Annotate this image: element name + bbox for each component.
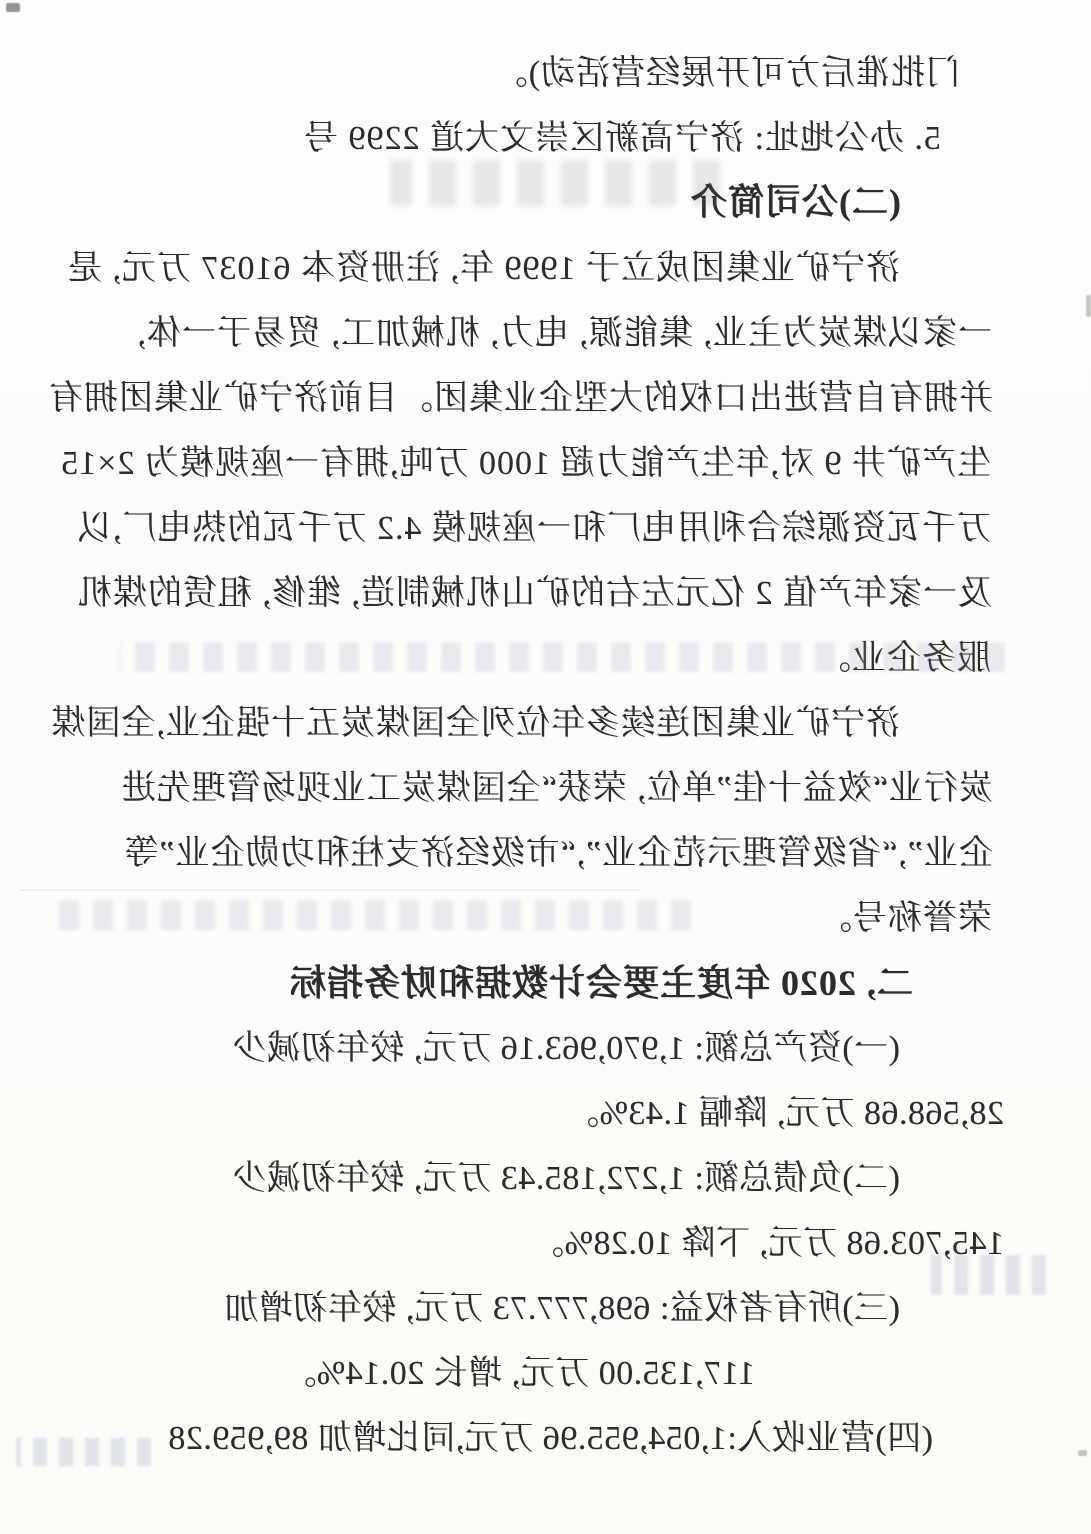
profile-paragraph1-line: 及一家年产值 2 亿元左右的矿山机械制造, 维修, 租赁的煤机 [77, 572, 992, 616]
scan-speck [1078, 1450, 1087, 1456]
scanned-page-viewport: 门批准后方可开展经营活动)。 5. 办公地址: 济宁高新区崇文大道 2299 号… [0, 0, 1091, 1534]
profile-paragraph2-line: 炭行业“效益十佳”单位, 荣获“全国煤炭工业现场管理先进 [121, 767, 993, 811]
profile-paragraph1-line: 生产矿井 9 对,年生产能力超 1000 万吨,拥有一座规模为 2×15 [60, 442, 991, 486]
bleedthrough-ghost-title [390, 160, 720, 206]
office-address-item: 5. 办公地址: 济宁高新区崇文大道 2299 号 [303, 117, 941, 161]
bleedthrough-ghost-blob [16, 1438, 151, 1466]
financial-item-assets-line1: (一)资产总额: 1,970,963.16 万元, 较年初减少 [232, 1027, 900, 1071]
bleedthrough-ghost-row [51, 900, 691, 930]
financial-item-liabilities-line1: (二)负债总额: 1,272,185.43 万元, 较年初减少 [232, 1157, 900, 1201]
profile-paragraph1-line: 服务企业。 [816, 637, 991, 681]
company-profile-heading: (二)公司简介 [690, 180, 901, 224]
financial-section-heading: 二, 2020 年度主要会计数据和财务指标 [289, 961, 913, 1005]
profile-paragraph1-line: 济宁矿业集团成立于 1999 年, 注册资本 61037 万元, 是 [67, 247, 900, 291]
profile-paragraph1-line: 一家以煤炭为主业, 集能源, 电力, 机械加工, 贸易于一体, [137, 312, 993, 356]
profile-paragraph2-line: 济宁矿业集团连续多年位列全国煤炭五十强企业,全国煤 [51, 702, 901, 746]
financial-item-revenue-line1: (四)营业收入:1,054,955.96 万元,同比增加 89,959.28 [168, 1417, 933, 1461]
profile-paragraph2-line: 荣誉称号。 [817, 897, 992, 941]
profile-paragraph1-line: 并拥有自营进出口权的大型企业集团。目前济宁矿业集团拥有 [48, 377, 993, 421]
financial-item-equity-line1: (三)所有者权益: 698,777.73 万元, 较年初增加 [224, 1287, 900, 1331]
intro-tail-line: 门批准后方可开展经营活动)。 [493, 52, 960, 96]
profile-paragraph2-line: 企业”,“省级管理示范企业”,“市级经济支柱和功勋企业”等 [124, 832, 993, 876]
financial-item-liabilities-line2: 145,703.68 万元, 下降 10.28%。 [530, 1222, 1004, 1266]
scan-speck [6, 3, 20, 12]
profile-paragraph1-line: 万千瓦资源综合利用电厂和一座规模 4.2 万千瓦的热电厂,以 [77, 507, 991, 551]
document-page: 门批准后方可开展经营活动)。 5. 办公地址: 济宁高新区崇文大道 2299 号… [0, 0, 1091, 1534]
financial-item-equity-line2: 117,135.00 万元, 增长 20.14%。 [282, 1352, 755, 1396]
scan-artifact-line [21, 889, 641, 891]
scan-speck [1086, 295, 1091, 317]
financial-item-assets-line2: 28,568.68 万元, 降幅 1.43%。 [565, 1092, 1004, 1136]
